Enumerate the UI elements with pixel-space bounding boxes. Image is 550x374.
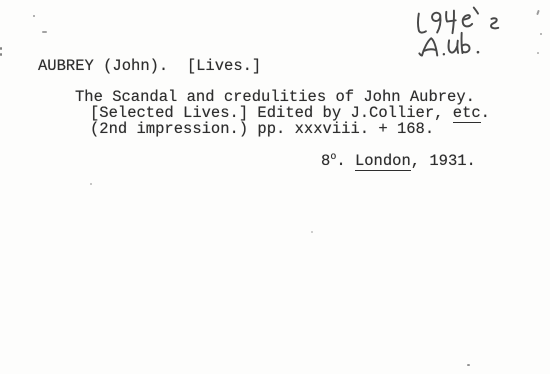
shelfmark-glyph-b (461, 33, 469, 53)
shelfmark-glyph-u (448, 40, 458, 53)
author-heading: AUBREY (John). [Lives.] (38, 58, 261, 74)
shelfmark-glyph-e (463, 15, 473, 26)
shelfmark-glyph-4 (446, 11, 456, 34)
shelfmark-dot (477, 51, 480, 54)
handwritten-shelfmark (404, 2, 507, 61)
imprint-line: 8o. London, 1931. (321, 150, 476, 169)
title-line-2: [Selected Lives.] Edited by J.Collier, e… (90, 105, 490, 121)
title-line-1: The Scandal and credulities of John Aubr… (75, 89, 475, 105)
scan-speck (33, 15, 35, 17)
format-number: 8 (321, 152, 330, 170)
collation-line: (2nd impression.) pp. xxxviii. + 168. (90, 121, 434, 137)
title-line-2-period: . (481, 104, 490, 122)
imprint-separator: . (336, 152, 355, 170)
shelfmark-glyph-L (418, 13, 426, 32)
scan-speck (536, 10, 540, 15)
scan-speck (537, 52, 539, 54)
shelfmark-glyph-9 (432, 13, 441, 33)
scan-speck (540, 33, 542, 35)
imprint-date: , 1931. (411, 152, 476, 170)
scan-speck (311, 231, 313, 233)
scan-speck (0, 53, 2, 56)
scan-speck (467, 364, 470, 366)
shelfmark-glyph-A (419, 38, 437, 56)
scan-speck (0, 47, 2, 50)
shelfmark-dot (443, 53, 446, 56)
shelfmark-flourish (491, 18, 498, 28)
etc-underlined: etc (453, 104, 481, 123)
scan-speck (90, 183, 92, 185)
shelfmark-accent (474, 7, 478, 13)
place-underlined: London (355, 152, 411, 171)
library-catalogue-card: AUBREY (John). [Lives.] The Scandal and … (0, 0, 550, 374)
scan-speck (42, 31, 47, 33)
